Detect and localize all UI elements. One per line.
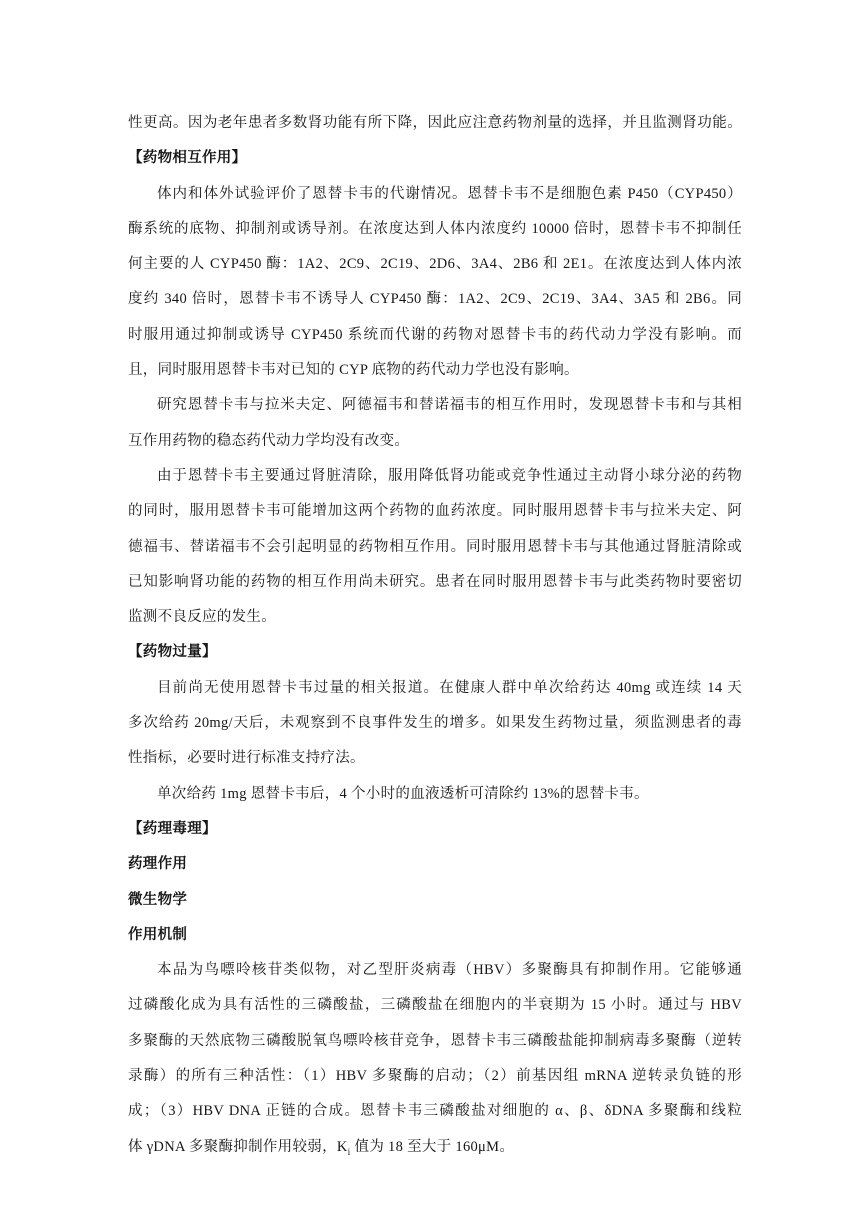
sub-heading: 药理作用 bbox=[128, 847, 742, 882]
text-segment: 值为 18 至大于 160μM。 bbox=[351, 1139, 515, 1155]
text-line: 互作用药物的稳态药代动力学均没有改变。 bbox=[128, 424, 742, 459]
text-line: 德福韦、替诺福韦不会引起明显的药物相互作用。同时服用恩替卡韦与其他通过肾脏清除或 bbox=[128, 530, 742, 565]
text-line: 由于恩替卡韦主要通过肾脏清除，服用降低肾功能或竞争性通过主动肾小球分泌的药物 bbox=[128, 459, 742, 494]
text-line: 度约 340 倍时，恩替卡韦不诱导人 CYP450 酶：1A2、2C9、2C19… bbox=[128, 282, 742, 317]
text-line: 体 γDNA 多聚酶抑制作用较弱，Ki 值为 18 至大于 160μM。 bbox=[128, 1130, 742, 1165]
text-line: 酶系统的底物、抑制剂或诱导剂。在浓度达到人体内浓度约 10000 倍时，恩替卡韦… bbox=[128, 212, 742, 247]
text-line: 且，同时服用恩替卡韦对已知的 CYP 底物的药代动力学也没有影响。 bbox=[128, 353, 742, 388]
text-line: 多聚酶的天然底物三磷酸脱氧鸟嘌呤核苷竞争，恩替卡韦三磷酸盐能抑制病毒多聚酶（逆转 bbox=[128, 1024, 742, 1059]
text-line: 过磷酸化成为具有活性的三磷酸盐，三磷酸盐在细胞内的半衰期为 15 小时。通过与 … bbox=[128, 988, 742, 1023]
text-line: 性指标，必要时进行标准支持疗法。 bbox=[128, 741, 742, 776]
section-heading: 【药物过量】 bbox=[128, 635, 742, 670]
text-line: 何主要的人 CYP450 酶：1A2、2C9、2C19、2D6、3A4、2B6 … bbox=[128, 247, 742, 282]
section-heading: 【药物相互作用】 bbox=[128, 141, 742, 176]
text-line: 多次给药 20mg/天后，未观察到不良事件发生的增多。如果发生药物过量，须监测患… bbox=[128, 706, 742, 741]
text-line: 的同时，服用恩替卡韦可能增加这两个药物的血药浓度。同时服用恩替卡韦与拉米夫定、阿 bbox=[128, 494, 742, 529]
sub-heading: 作用机制 bbox=[128, 918, 742, 953]
text-line: 录酶）的所有三种活性：（1）HBV 多聚酶的启动；（2）前基因组 mRNA 逆转… bbox=[128, 1059, 742, 1094]
text-line: 研究恩替卡韦与拉米夫定、阿德福韦和替诺福韦的相互作用时，发现恩替卡韦和与其相 bbox=[128, 388, 742, 423]
text-line: 目前尚无使用恩替卡韦过量的相关报道。在健康人群中单次给药达 40mg 或连续 1… bbox=[128, 671, 742, 706]
text-line: 本品为鸟嘌呤核苷类似物，对乙型肝炎病毒（HBV）多聚酶具有抑制作用。它能够通 bbox=[128, 953, 742, 988]
sub-heading: 微生物学 bbox=[128, 883, 742, 918]
text-line: 性更高。因为老年患者多数肾功能有所下降，因此应注意药物剂量的选择，并且监测肾功能… bbox=[128, 106, 742, 141]
text-line: 成；（3）HBV DNA 正链的合成。恩替卡韦三磷酸盐对细胞的 α、β、δDNA… bbox=[128, 1094, 742, 1129]
text-line: 单次给药 1mg 恩替卡韦后，4 个小时的血液透析可清除约 13%的恩替卡韦。 bbox=[128, 777, 742, 812]
text-segment: 体 γDNA 多聚酶抑制作用较弱，K bbox=[128, 1139, 348, 1155]
text-line: 已知影响肾功能的药物的相互作用尚未研究。患者在同时服用恩替卡韦与此类药物时要密切 bbox=[128, 565, 742, 600]
section-heading: 【药理毒理】 bbox=[128, 812, 742, 847]
text-line: 时服用通过抑制或诱导 CYP450 系统而代谢的药物对恩替卡韦的药代动力学没有影… bbox=[128, 318, 742, 353]
text-line: 监测不良反应的发生。 bbox=[128, 600, 742, 635]
text-line: 体内和体外试验评价了恩替卡韦的代谢情况。恩替卡韦不是细胞色素 P450（CYP4… bbox=[128, 177, 742, 212]
document-page: 性更高。因为老年患者多数肾功能有所下降，因此应注意药物剂量的选择，并且监测肾功能… bbox=[128, 106, 742, 1165]
